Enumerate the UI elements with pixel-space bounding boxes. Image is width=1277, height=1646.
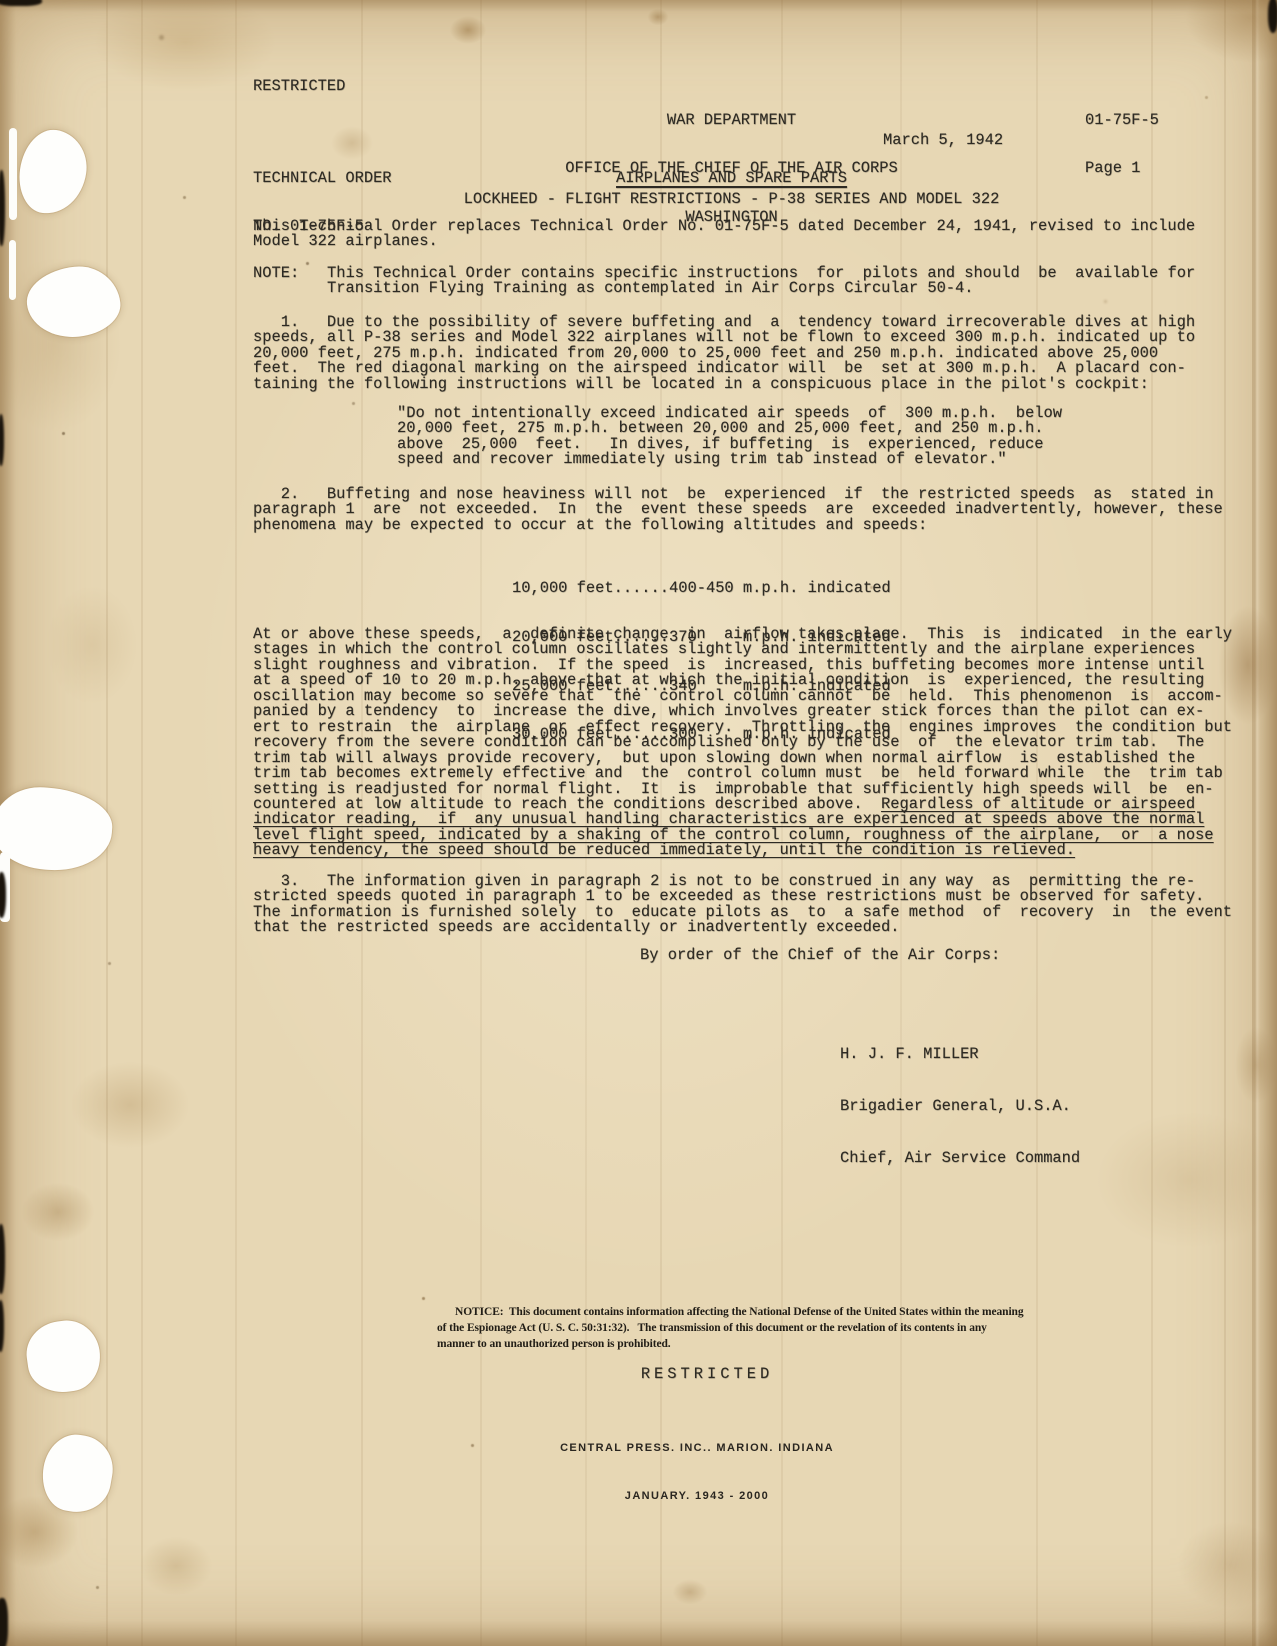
edge-tear-mark	[0, 1300, 4, 1352]
paper-hole	[0, 784, 115, 874]
signature-name: H. J. F. MILLER	[840, 1046, 1080, 1063]
document-page: RESTRICTED WAR DEPARTMENT OFFICE OF THE …	[0, 0, 1277, 1646]
note-text: This Technical Order contains specific i…	[327, 266, 1195, 297]
edge-tear-mark	[1268, 0, 1277, 33]
paragraph-1: 1. Due to the possibility of severe buff…	[253, 315, 1195, 392]
paragraph-3: 3. The information given in paragraph 2 …	[253, 874, 1232, 936]
paper-tear-sliver	[9, 240, 16, 300]
by-order-line: By order of the Chief of the Air Corps:	[640, 948, 1000, 963]
doc-number-block: 01-75F-5 Page 1	[1085, 79, 1159, 209]
edge-tear-mark	[0, 1224, 5, 1294]
edge-tear-mark	[0, 0, 42, 6]
document-title-text: AIRPLANES AND SPARE PARTS	[616, 169, 847, 187]
classification-footer: RESTRICTED	[641, 1367, 773, 1382]
document-subtitle: LOCKHEED - FLIGHT RESTRICTIONS - P-38 SE…	[253, 192, 1210, 207]
edge-tear-mark	[0, 170, 5, 246]
doc-number: 01-75F-5	[1085, 112, 1159, 128]
paragraph-2-continued: At or above these speeds, a definite cha…	[253, 627, 1243, 859]
dept-line-1: WAR DEPARTMENT	[253, 112, 1210, 128]
paper-hole	[37, 1430, 118, 1518]
signature-rank: Brigadier General, U.S.A.	[840, 1098, 1080, 1115]
paper-hole	[22, 1316, 104, 1396]
edge-tear-mark	[0, 414, 4, 466]
body-text-normal: At or above these speeds, a definite cha…	[253, 625, 1232, 813]
intro-paragraph: This Technical Order replaces Technical …	[253, 219, 1195, 250]
document-title: AIRPLANES AND SPARE PARTS	[253, 171, 1210, 186]
paper-hole	[14, 126, 91, 218]
cockpit-placard-quote: "Do not intentionally exceed indicated a…	[397, 406, 1062, 468]
signature-block: H. J. F. MILLER Brigadier General, U.S.A…	[840, 1012, 1080, 1201]
paragraph-2: 2. Buffeting and nose heaviness will not…	[253, 487, 1223, 533]
printer-line-2: JANUARY. 1943 - 2000	[560, 1488, 834, 1504]
printer-imprint: CENTRAL PRESS. INC.. MARION. INDIANA JAN…	[560, 1408, 834, 1536]
printer-line-1: CENTRAL PRESS. INC.. MARION. INDIANA	[560, 1440, 834, 1456]
paper-specks	[0, 0, 3, 3]
edge-tear-mark	[0, 1598, 8, 1646]
paper-hole	[24, 262, 124, 341]
paper-tear-sliver	[9, 128, 17, 220]
note-label: NOTE:	[253, 266, 299, 281]
signature-title: Chief, Air Service Command	[840, 1150, 1080, 1167]
espionage-act-notice: NOTICE: This document contains informati…	[437, 1304, 1024, 1353]
speed-table-row: 10,000 feet......400-450 m.p.h. indicate…	[512, 580, 891, 596]
document-date: March 5, 1942	[883, 133, 1003, 148]
